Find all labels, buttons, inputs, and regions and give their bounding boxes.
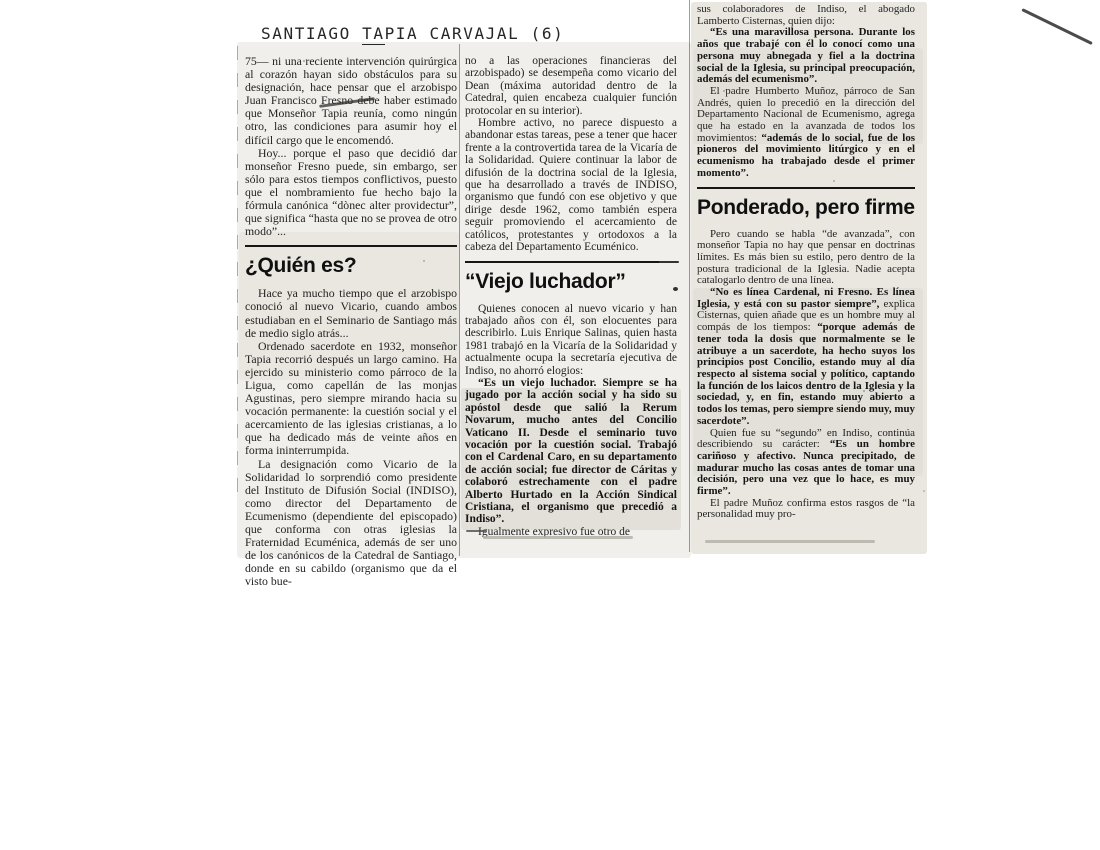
article-paragraph: Hoy... porque el paso que decidió dar mo… [245, 147, 457, 239]
bold-quote-text: “Es una maravillosa persona. Durante los… [697, 26, 915, 85]
column-divider [459, 44, 460, 556]
article-paragraph: Hombre activo, no parece dispuesto a aba… [465, 117, 677, 253]
news-clipping: SANTIAGO TAPIA CARVAJAL (6) 75— ni una r… [233, 0, 925, 578]
article-paragraph: no a las operaciones financieras del arz… [465, 55, 677, 117]
bold-quote-text: “porque además de tener toda la dosis qu… [697, 321, 915, 427]
clipping-title-text: SANTIAGO [261, 24, 362, 43]
scan-mark [659, 261, 679, 263]
article-paragraph: Pero cuando se habla “de avanzada”, con … [697, 229, 915, 288]
article-paragraph: sus colaboradores de Indiso, el abogado … [697, 4, 915, 27]
bold-quote-text: “Es un viejo luchador. Siempre se ha jug… [465, 377, 677, 525]
article-paragraph: Quienes conocen al nuevo vicario y han t… [465, 303, 677, 377]
section-heading: Ponderado, pero firme [697, 196, 915, 220]
scan-speckles [303, 60, 305, 62]
section-heading: ¿Quién es? [245, 254, 457, 278]
clipping-torn-edge [237, 46, 238, 504]
section-rule [697, 187, 915, 189]
body-text: Quienes conocen al nuevo vicario y han t… [465, 303, 677, 377]
article-paragraph: El padre Muñoz confirma estos rasgos de … [697, 498, 915, 521]
pen-stroke-mark [1021, 8, 1092, 45]
article-paragraph: El padre Humberto Muñoz, párroco de San … [697, 86, 915, 180]
scan-smudge [705, 540, 875, 543]
column-divider [689, 0, 690, 552]
section-rule [245, 245, 457, 247]
section-heading: “Viejo luchador” [465, 270, 677, 294]
article-column-1: 75— ni una reciente intervención quirúrg… [245, 55, 457, 588]
article-paragraph: Hace ya mucho tiempo que el arzobispo co… [245, 287, 457, 339]
body-text: Pero cuando se habla “de avanzada”, con … [697, 228, 915, 287]
body-text: sus colaboradores de Indiso, el abogado … [697, 3, 915, 27]
body-text: Ordenado sacerdote en 1932, monseñor Tap… [245, 339, 457, 458]
page-root: { "header": { "title": "SANTIAGO TAPIA C… [0, 0, 1100, 850]
article-column-2: no a las operaciones financieras del arz… [465, 55, 677, 538]
body-text: Hoy... porque el paso que decidió dar mo… [245, 146, 457, 239]
scan-mark [673, 287, 678, 291]
article-paragraph: La designación como Vicario de la Solida… [245, 458, 457, 589]
body-text: Hombre activo, no parece dispuesto a aba… [465, 117, 677, 253]
article-paragraph: “No es línea Cardenal, ni Fresno. Es lín… [697, 287, 915, 427]
clipping-title-underlined: TA [362, 24, 384, 45]
scan-mark [466, 530, 486, 532]
section-rule [465, 261, 677, 263]
article-paragraph: Quien fue su “segundo” en Indiso, contin… [697, 428, 915, 498]
article-paragraph: “Es un viejo luchador. Siempre se ha jug… [465, 377, 677, 526]
bold-quote-text: “No es línea Cardenal, ni Fresno. Es lín… [697, 286, 915, 310]
article-column-3: sus colaboradores de Indiso, el abogado … [697, 4, 915, 521]
article-paragraph: “Es una maravillosa persona. Durante los… [697, 27, 915, 86]
body-text: El padre Muñoz confirma estos rasgos de … [697, 497, 915, 521]
body-text: La designación como Vicario de la Solida… [245, 457, 457, 589]
clipping-title-text: PIA CARVAJAL (6) [385, 24, 565, 43]
body-text: no a las operaciones financieras del arz… [465, 55, 677, 117]
scan-smudge [483, 536, 633, 539]
body-text: Hace ya mucho tiempo que el arzobispo co… [245, 286, 457, 339]
clipping-title: SANTIAGO TAPIA CARVAJAL (6) [261, 24, 564, 43]
article-paragraph: Ordenado sacerdote en 1932, monseñor Tap… [245, 340, 457, 458]
